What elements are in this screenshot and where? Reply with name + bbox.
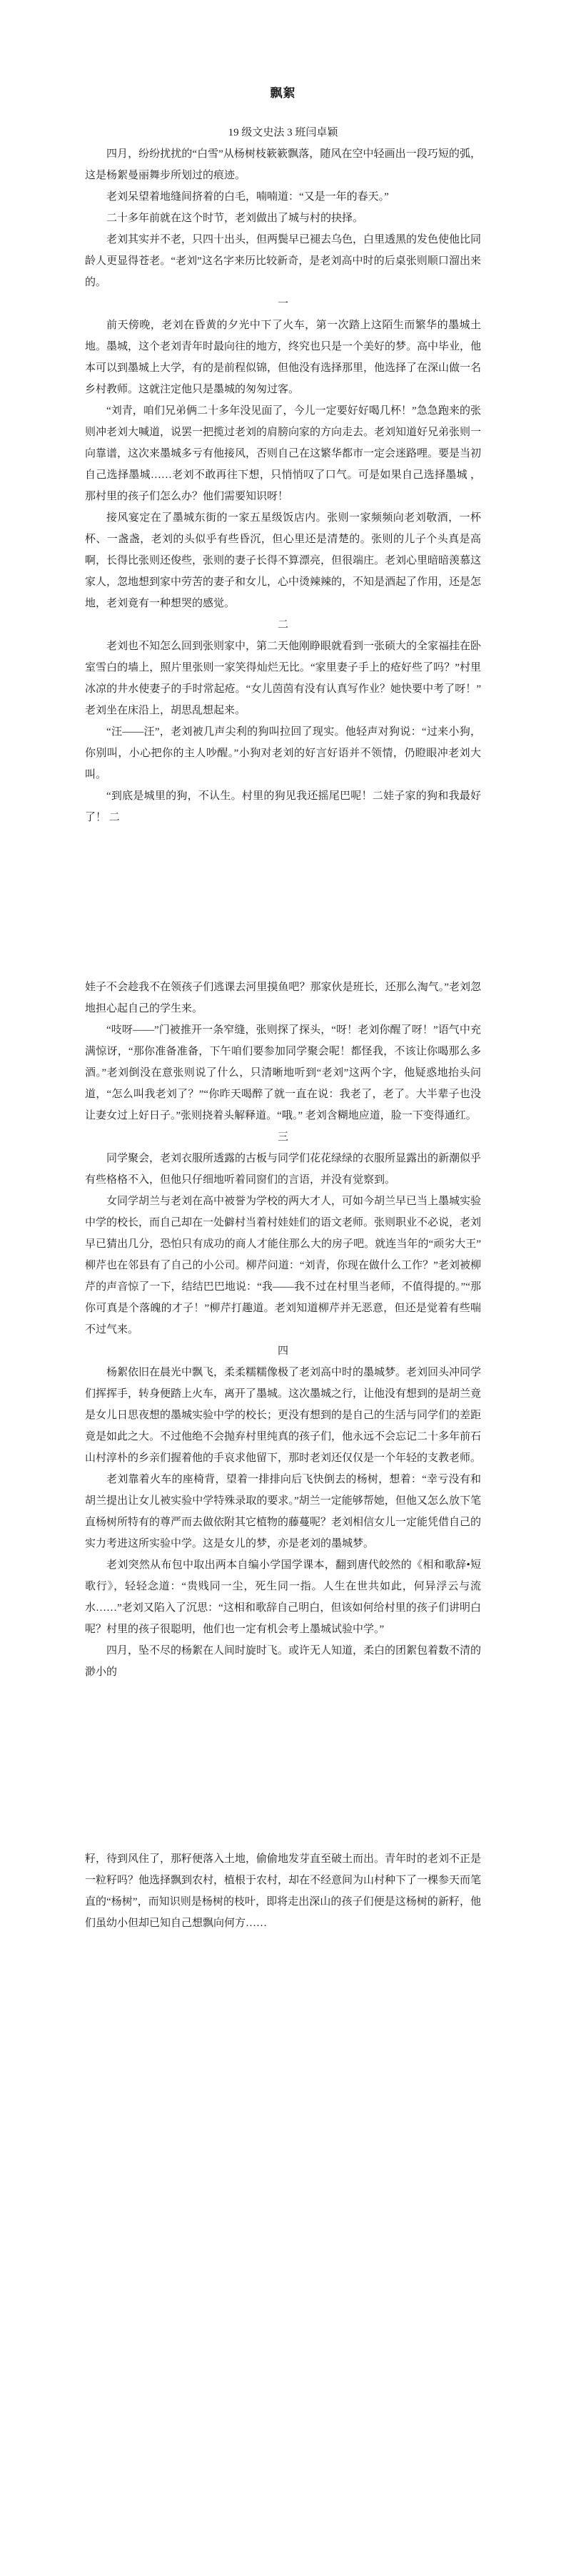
paragraph: “到底是城里的狗，不认生。村里的狗见我还摇尾巴呢！二娃子家的狗和我最好了！ 二 (85, 785, 481, 828)
section-heading: 四 (85, 1340, 481, 1362)
paragraph: 四月，纷纷扰扰的“白雪”从杨树枝簌簌飘落，随风在空中轻画出一段巧短的弧，这是杨絮… (85, 143, 481, 186)
paragraph: 接风宴定在了墨城东街的一家五星级饭店内。张则一家频频向老刘敬酒，一杯杯、一盏盏，… (85, 507, 481, 614)
paragraph: 杨絮依旧在晨光中飘飞，柔柔糯糯像极了老刘高中时的墨城梦。老刘回头冲同学们挥挥手，… (85, 1362, 481, 1469)
page-1: 飘絮 19 级文史法 3 班闫卓颖 四月，纷纷扰扰的“白雪”从杨树枝簌簌飘落，随… (85, 0, 481, 828)
page-1-body: 四月，纷纷扰扰的“白雪”从杨树枝簌簌飘落，随风在空中轻画出一段巧短的弧，这是杨絮… (85, 143, 481, 828)
paragraph: 同学聚会，老刘衣服所透露的古板与同学们花花绿绿的衣服所显露出的新潮似乎有些格格不… (85, 1148, 481, 1191)
paragraph: 老刘靠着火车的座椅背，望着一排排向后飞快倒去的杨树，想着：“幸亏没有和胡兰提出让… (85, 1469, 481, 1554)
essay-byline: 19 级文史法 3 班闫卓颖 (85, 122, 481, 143)
page-3-body: 籽，待到风住了，那籽便落入土地，偷偷地发芽直至破土而出。青年时的老刘不正是一粒籽… (85, 1848, 481, 1934)
page-3: 籽，待到风住了，那籽便落入土地，偷偷地发芽直至破土而出。青年时的老刘不正是一粒籽… (85, 1848, 481, 1934)
essay-document: 飘絮 19 级文史法 3 班闫卓颖 四月，纷纷扰扰的“白雪”从杨树枝簌簌飘落，随… (0, 0, 566, 2576)
paragraph: 老刘也不知怎么回到张则家中，第二天他刚睁眼就看到一张硕大的全家福挂在卧室雪白的墙… (85, 636, 481, 721)
page-2: 娃子不会趁我不在领孩子们逃课去河里摸鱼吧？那家伙是班长，还那么淘气。”老刘忽地担… (85, 977, 481, 1683)
paragraph: 四月，坠不尽的杨絮在人间时旋时飞。或许无人知道，柔白的团絮包着数不清的渺小的 (85, 1640, 481, 1683)
paragraph: 前天傍晚，老刘在昏黄的夕光中下了火车，第一次踏上这陌生而繁华的墨城土地。墨城，这… (85, 315, 481, 400)
section-heading: 二 (85, 614, 481, 636)
paragraph: “汪——汪”，老刘被几声尖利的狗叫拉回了现实。他轻声对狗说：“过来小狗，你别叫，… (85, 721, 481, 785)
essay-title: 飘絮 (85, 83, 481, 104)
paragraph: “吱呀——”门被推开一条窄缝，张则探了探头，“呀！老刘你醒了呀！”语气中充满惊讶… (85, 1019, 481, 1126)
paragraph: 老刘其实并不老，只四十出头，但两鬓早已褪去乌色，白里透黑的发色使他比同龄人更显得… (85, 229, 481, 293)
blank-page-area (0, 1934, 566, 2576)
page-break-gap (0, 1683, 566, 1848)
page-2-body: 娃子不会趁我不在领孩子们逃课去河里摸鱼吧？那家伙是班长，还那么淘气。”老刘忽地担… (85, 977, 481, 1683)
paragraph: 娃子不会趁我不在领孩子们逃课去河里摸鱼吧？那家伙是班长，还那么淘气。”老刘忽地担… (85, 977, 481, 1019)
paragraph: 籽，待到风住了，那籽便落入土地，偷偷地发芽直至破土而出。青年时的老刘不正是一粒籽… (85, 1848, 481, 1934)
paragraph: “刘青，咱们兄弟俩二十多年没见面了，今儿一定要好好喝几杯！”急急跑来的张则冲老刘… (85, 400, 481, 507)
section-heading: 一 (85, 293, 481, 315)
paragraph: 老刘呆望着地缝间挤着的白毛，喃喃道：“又是一年的春天。” (85, 186, 481, 208)
paragraph: 老刘突然从布包中取出两本自编小学国学课本，翻到唐代皎然的《相和歌辞•短歌行》，轻… (85, 1554, 481, 1640)
paragraph: 二十多年前就在这个时节，老刘做出了城与村的抉择。 (85, 208, 481, 229)
page-break-gap (0, 828, 566, 977)
paragraph: 女同学胡兰与老刘在高中被誉为学校的两大才人，可如今胡兰早已当上墨城实验中学的校长… (85, 1191, 481, 1340)
section-heading: 三 (85, 1126, 481, 1148)
